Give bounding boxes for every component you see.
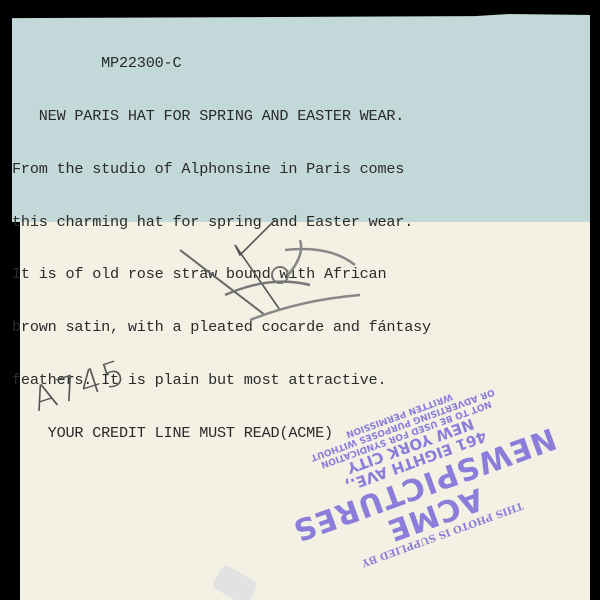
caption-line: From the studio of Alphonsine in Paris c… (12, 161, 590, 179)
pencil-signature (170, 215, 370, 335)
caption-id: MP22300-C (12, 55, 590, 73)
caption-headline: NEW PARIS HAT FOR SPRING AND EASTER WEAR… (12, 108, 590, 126)
